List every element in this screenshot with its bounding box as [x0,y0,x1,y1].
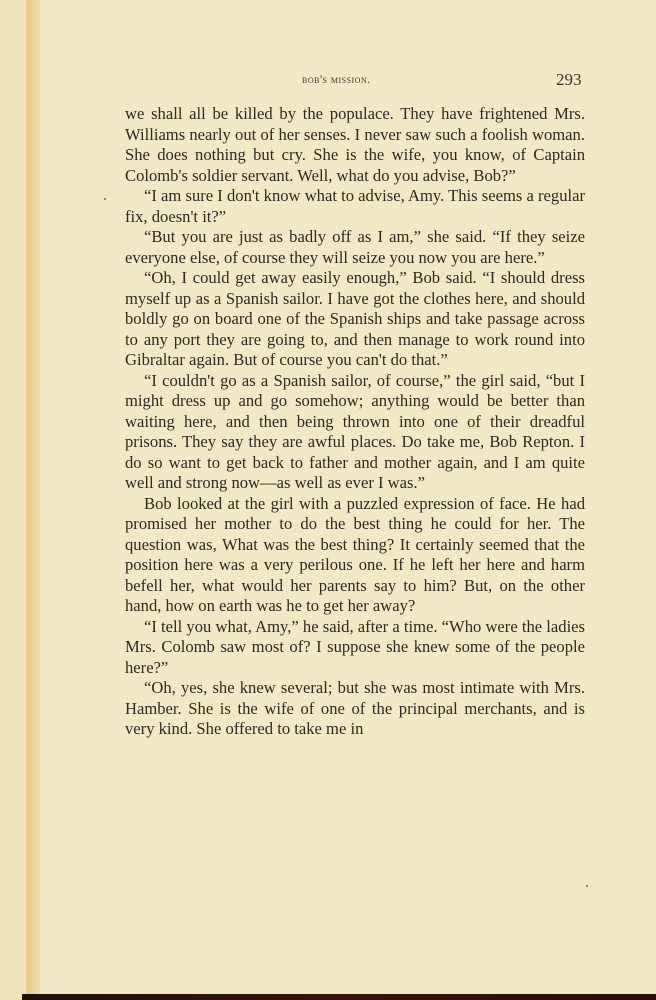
page-number: 293 [556,70,582,90]
body-text: we shall all be killed by the populace. … [125,104,585,740]
paper-speck [586,885,588,887]
facing-page-edge [0,0,28,1000]
paragraph: we shall all be killed by the populace. … [125,104,585,186]
paragraph: “Oh, yes, she knew several; but she was … [125,678,585,740]
paragraph: “I couldn't go as a Spanish sailor, of c… [125,371,585,494]
paragraph: “I tell you what, Amy,” he said, after a… [125,617,585,679]
running-title: BOB'S MISSION. [302,74,371,86]
book-cover-edge [22,994,656,1000]
paragraph: “I am sure I don't know what to advise, … [125,186,585,227]
paper-speck [104,198,106,200]
page-gutter [26,0,40,995]
paragraph: Bob looked at the girl with a puzzled ex… [125,494,585,617]
paragraph: “But you are just as badly off as I am,”… [125,227,585,268]
paragraph: “Oh, I could get away easily enough,” Bo… [125,268,585,371]
book-page: BOB'S MISSION. 293 we shall all be kille… [0,0,656,1000]
